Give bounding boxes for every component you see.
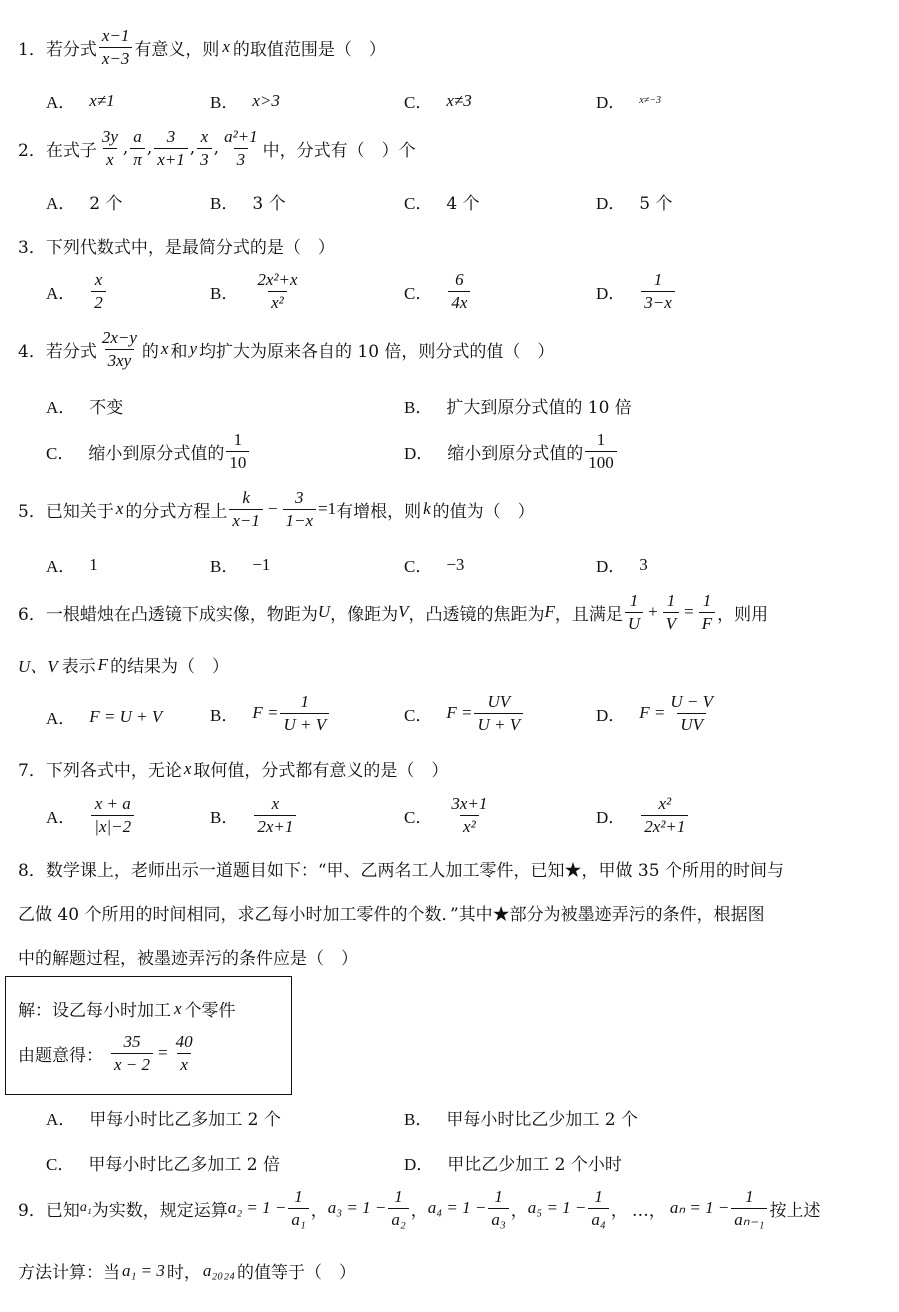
numerator: x [198,127,212,148]
question-6-stem-line1: 6． 一根蜡烛在凸透镜下成实像，物距为 U ，像距为 V ，凸透镜的焦距为 F … [18,591,768,633]
stem-text: 表示 [62,652,96,677]
numerator: 3y [99,127,121,148]
option-1d[interactable]: D．x≠−3 [596,88,661,113]
fraction: 40x [173,1032,196,1074]
denominator: U [625,612,643,634]
numerator: 1 [591,1187,606,1208]
fraction: a²+13 [221,127,261,169]
stem-text: 的值等于（ ） [237,1258,356,1283]
option-4a[interactable]: A．不变 [46,393,123,418]
denominator: x² [460,815,479,837]
fraction: 1V [663,591,679,633]
fraction: 1a₄ [588,1187,608,1229]
stem-text: 若分式 [46,337,97,362]
question-2-stem: 2． 在式子 3yx, aπ, 3x+1, x3, a²+13 中，分式有（ ）… [18,127,416,169]
option-4b[interactable]: B．扩大到原分式值的 10 倍 [404,393,632,418]
option-text: F = U + V [89,707,162,727]
solution-text: 个零件 [185,996,236,1021]
option-label: D． [596,552,625,577]
solution-line2: 由题意得： 35x − 2 = 40x [18,1032,198,1074]
stem-text: 方法计算：当 [18,1258,120,1283]
option-3d[interactable]: D．13−x [596,270,677,312]
separator: ， [611,1196,628,1221]
numerator: 1 [594,430,609,451]
question-number: 4． [18,337,46,362]
fraction: 2x−y3xy [99,328,140,370]
option-6a[interactable]: A．F = U + V [46,704,162,729]
option-text: 2 个 [89,189,122,214]
denominator: a₂ [388,1208,408,1230]
option-label: C． [46,1150,74,1175]
stem-text: 在式子 [46,136,97,161]
stem-text: 的 [142,337,159,362]
option-5c[interactable]: C．−3 [404,552,464,577]
numerator: U − V [667,692,716,713]
stem-text: 有意义，则 [134,35,219,60]
denominator: U + V [474,713,523,735]
stem-text: 中的解题过程，被墨迹弄污的条件应是（ ） [18,944,358,969]
option-label: A． [46,88,75,113]
option-5a[interactable]: A．1 [46,552,98,577]
operator: − [268,499,278,519]
denominator: V [663,612,679,634]
fraction: 1a₁ [288,1187,308,1229]
question-3-stem: 3． 下列代数式中，是最简分式的是（ ） [18,233,335,258]
option-label: B． [210,88,238,113]
option-3c[interactable]: C．64x [404,270,472,312]
stem-text: 的取值范围是（ ） [233,35,386,60]
denominator: F [699,612,715,634]
question-number: 1． [18,35,46,60]
option-text: x>3 [252,91,280,111]
numerator: k [239,488,253,509]
option-1b[interactable]: B．x>3 [210,88,280,113]
stem-text: ，像距为 [330,600,398,625]
numerator: 1 [664,591,679,612]
option-7c[interactable]: C．3x+1x² [404,794,492,836]
variable: y [189,339,197,359]
denominator: 100 [585,451,617,473]
separator: ， [411,1196,428,1221]
option-text: 甲比乙少加工 2 个小时 [447,1150,622,1175]
stem-text: 下列代数式中，是最简分式的是（ ） [46,233,335,258]
option-7a[interactable]: A．x + a|x|−2 [46,794,136,836]
option-label: D． [596,803,625,828]
numerator: 1 [742,1187,757,1208]
stem-text: 均扩大为原来各自的 10 倍，则分式的值（ ） [199,337,554,362]
variable: U [318,602,330,622]
stem-text: 为实数，规定运算 [92,1196,228,1221]
fraction: aπ [130,127,145,169]
stem-text: 一根蜡烛在凸透镜下成实像，物距为 [46,600,318,625]
option-label: A． [46,189,75,214]
option-label: C． [404,701,432,726]
numerator: 1 [491,1187,506,1208]
stem-text: 时， [167,1258,201,1283]
option-2b[interactable]: B．3 个 [210,189,286,214]
stem-text: 数学课上，老师出示一道题目如下：“甲、乙两名工人加工零件，已知★，甲做 35 个… [46,856,784,881]
denominator: U + V [280,713,329,735]
option-label: B． [404,393,432,418]
separator: ， [311,1196,328,1221]
option-1c[interactable]: C．x≠3 [404,88,472,113]
fraction: 1F [699,591,715,633]
fraction: U − VUV [667,692,716,734]
stem-text: 取何值，分式都有意义的是（ ） [193,756,448,781]
fraction: 1aₙ₋₁ [731,1187,767,1229]
option-text: 5 个 [639,189,672,214]
denominator: 1−x [283,509,317,531]
option-7b[interactable]: B．x2x+1 [210,794,298,836]
option-3a[interactable]: A．x2 [46,270,108,312]
option-label: C． [404,552,432,577]
numerator: 1 [651,270,666,291]
fraction: 110 [226,430,249,472]
variable: U、V [18,652,58,677]
question-number: 8． [18,856,46,881]
option-label: C． [404,279,432,304]
stem-text: 若分式 [46,35,97,60]
option-text: 3 [639,555,648,575]
question-7-stem: 7． 下列各式中，无论 x 取何值，分式都有意义的是（ ） [18,756,448,781]
question-number: 5． [18,497,46,522]
fraction: x2x+1 [254,794,296,836]
numerator: x [269,794,283,815]
option-4c[interactable]: C．缩小到原分式值的110 [46,430,251,472]
fraction: 3x+1 [154,127,188,169]
option-label: D． [596,279,625,304]
variable: a₂₀₂₄ [203,1261,235,1281]
numerator: x² [656,794,675,815]
numerator: 6 [452,270,467,291]
option-text: 缩小到原分式值的 [447,439,583,464]
numerator: 3x+1 [448,794,490,815]
separator: ， [511,1196,528,1221]
variable: F [545,602,555,622]
variable: a₁ [80,1200,92,1216]
option-text: 3 个 [252,189,285,214]
numerator: 35 [121,1032,144,1053]
option-text: 甲每小时比乙少加工 2 个 [446,1105,638,1130]
option-label: C． [404,88,432,113]
question-number: 7． [18,756,46,781]
numerator: 1 [231,430,246,451]
numerator: 2x−y [99,328,140,349]
option-7d[interactable]: D．x²2x²+1 [596,794,690,836]
question-9-stem-line2: 方法计算：当 a₁ = 3 时， a₂₀₂₄ 的值等于（ ） [18,1258,356,1283]
fraction: 2x²+xx² [254,270,300,312]
question-8-stem-line3: 中的解题过程，被墨迹弄污的条件应是（ ） [18,944,358,969]
fraction: 3yx [99,127,121,169]
option-label: A． [46,279,75,304]
numerator: x + a [92,794,134,815]
denominator: aₙ₋₁ [731,1208,767,1230]
stem-text: ，则用 [717,600,768,625]
denominator: 2x+1 [254,815,296,837]
variable: x [174,999,182,1019]
option-label: B． [210,189,238,214]
numerator: 1 [627,591,642,612]
denominator: 2x²+1 [641,815,688,837]
denominator: x − 2 [111,1053,153,1075]
option-label: A． [46,704,75,729]
denominator: UV [677,713,706,735]
denominator: 3−x [641,291,675,313]
solution-text: 解：设乙每小时加工 [18,996,171,1021]
fraction: UVU + V [474,692,523,734]
option-2d[interactable]: D．5 个 [596,189,673,214]
denominator: a₁ [288,1208,308,1230]
option-5d[interactable]: D．3 [596,552,648,577]
fraction: x + a|x|−2 [91,794,134,836]
stem-text: 和 [170,337,187,362]
variable: x [222,37,230,57]
option-text: 缩小到原分式值的 [88,439,224,464]
option-5b[interactable]: B．−1 [210,552,270,577]
denominator: x−1 [229,509,263,531]
denominator: π [130,148,145,170]
option-label: D． [404,439,433,464]
condition: a₁ = 3 [122,1261,165,1281]
question-6-stem-line2: U、V 表示 F 的结果为（ ） [18,652,229,677]
option-label: C． [404,803,432,828]
fraction: 1100 [585,430,617,472]
fraction: 1U + V [280,692,329,734]
option-lhs: F = [639,703,665,723]
question-number: 9． [18,1196,46,1221]
variable: k [423,499,431,519]
option-label: C． [404,189,432,214]
fraction: 1a₃ [488,1187,508,1229]
denominator: 3 [234,148,249,170]
option-2a[interactable]: A．2 个 [46,189,123,214]
numerator: 1 [391,1187,406,1208]
question-number: 3． [18,233,46,258]
option-8d[interactable]: D．甲比乙少加工 2 个小时 [404,1150,622,1175]
stem-text: 的分式方程上 [125,497,227,522]
solution-line1: 解：设乙每小时加工 x 个零件 [18,996,236,1021]
option-text: −1 [252,555,270,575]
variable: x [161,339,169,359]
fraction: x−1x−3 [99,26,133,68]
stem-text: 有增根，则 [336,497,421,522]
numerator: 1 [291,1187,306,1208]
option-label: A． [46,803,75,828]
fraction: 31−x [283,488,317,530]
numerator: 40 [173,1032,196,1053]
question-4-stem: 4． 若分式 2x−y3xy 的 x 和 y 均扩大为原来各自的 10 倍，则分… [18,328,554,370]
numerator: 1 [298,692,313,713]
denominator: 2 [91,291,106,313]
option-label: A． [46,1105,75,1130]
fraction: x3 [197,127,212,169]
option-6c[interactable]: C．F =UVU + V [404,692,525,734]
variable: F [98,655,108,675]
stem-text: ，凸透镜的焦距为 [409,600,545,625]
stem-text: 按上述 [769,1196,820,1221]
numerator: 3 [292,488,307,509]
denominator: x [103,148,117,170]
denominator: x [177,1053,191,1075]
question-9-stem-line1: 9． 已知 a₁ 为实数，规定运算 a₂ = 1 −1a₁， a₃ = 1 −1… [18,1187,820,1229]
operation-lhs: a₄ = 1 − [428,1198,487,1218]
option-2c[interactable]: C．4 个 [404,189,480,214]
option-text: 甲每小时比乙多加工 2 倍 [88,1150,280,1175]
stem-text: 的结果为（ ） [110,652,229,677]
denominator: x+1 [154,148,188,170]
operation-lhs: a₂ = 1 − [228,1198,287,1218]
ellipsis: …， [632,1196,666,1221]
option-text: 不变 [89,393,123,418]
numerator: UV [484,692,513,713]
option-label: B． [210,803,238,828]
operator: = [158,1043,168,1063]
numerator: x [92,270,106,291]
question-number: 6． [18,600,46,625]
operation-lhs: a₃ = 1 − [328,1198,387,1218]
option-text: 4 个 [446,189,479,214]
question-1-stem: 1． 若分式 x−1x−3 有意义，则 x 的取值范围是（ ） [18,26,386,68]
fraction: 1a₂ [388,1187,408,1229]
variable: x [184,759,192,779]
option-4d[interactable]: D．缩小到原分式值的1100 [404,430,619,472]
fraction: 13−x [641,270,675,312]
option-text: x≠−3 [639,95,661,106]
option-label: B． [210,701,238,726]
fraction: kx−1 [229,488,263,530]
option-1a[interactable]: A．x≠1 [46,88,115,113]
solution-text: 由题意得： [18,1041,103,1066]
operation-lhs: a₅ = 1 − [528,1198,587,1218]
denominator: 3xy [105,349,135,371]
stem-text: 下列各式中，无论 [46,756,182,781]
option-text: x≠3 [446,91,471,111]
variable: V [398,602,408,622]
fraction: 1U [625,591,643,633]
option-text: x≠1 [89,91,114,111]
fraction: 3x+1x² [448,794,490,836]
option-label: B． [404,1105,432,1130]
stem-text: 已知 [46,1196,80,1221]
option-lhs: F = [446,703,472,723]
option-label: B． [210,552,238,577]
fraction: 35x − 2 [111,1032,153,1074]
option-label: C． [46,439,74,464]
option-text: 1 [89,555,98,575]
question-5-stem: 5． 已知关于 x 的分式方程上 kx−1 − 31−x =1 有增根，则 k … [18,488,535,530]
question-8-stem-line1: 8． 数学课上，老师出示一道题目如下：“甲、乙两名工人加工零件，已知★，甲做 3… [18,856,784,881]
option-8c[interactable]: C．甲每小时比乙多加工 2 倍 [46,1150,280,1175]
numerator: 3 [164,127,179,148]
stem-text: 中，分式有（ ）个 [263,136,416,161]
option-label: A． [46,552,75,577]
denominator: a₄ [588,1208,608,1230]
numerator: a²+1 [221,127,261,148]
option-8a[interactable]: A．甲每小时比乙多加工 2 个 [46,1105,281,1130]
equation-rhs: =1 [318,499,336,519]
option-text: 扩大到原分式值的 10 倍 [446,393,631,418]
denominator: x² [268,291,287,313]
option-6b[interactable]: B．F =1U + V [210,692,331,734]
denominator: 4x [448,291,470,313]
fraction: x²2x²+1 [641,794,688,836]
stem-text: 乙做 40 个所用的时间相同，求乙每小时加工零件的个数．”其中★部分为被墨迹弄污… [18,900,765,925]
option-label: D． [596,701,625,726]
numerator: 2x²+x [254,270,300,291]
numerator: x−1 [99,26,133,47]
option-6d[interactable]: D．F =U − VUV [596,692,718,734]
denominator: x−3 [99,47,133,69]
option-text: 甲每小时比乙多加工 2 个 [89,1105,281,1130]
option-label: D． [404,1150,433,1175]
option-label: D． [596,88,625,113]
option-lhs: F = [252,703,278,723]
option-text: −3 [446,555,464,575]
fraction: 64x [448,270,470,312]
option-label: D． [596,189,625,214]
option-label: A． [46,393,75,418]
stem-text: 的值为（ ） [433,497,535,522]
denominator: 10 [226,451,249,473]
variable: x [116,499,124,519]
stem-text: 已知关于 [46,497,114,522]
denominator: 3 [197,148,212,170]
question-8-stem-line2: 乙做 40 个所用的时间相同，求乙每小时加工零件的个数．”其中★部分为被墨迹弄污… [18,900,765,925]
option-8b[interactable]: B．甲每小时比乙少加工 2 个 [404,1105,638,1130]
option-3b[interactable]: B．2x²+xx² [210,270,303,312]
numerator: a [130,127,145,148]
option-label: B． [210,279,238,304]
question-number: 2． [18,136,46,161]
denominator: |x|−2 [91,815,134,837]
stem-text: ，且满足 [555,600,623,625]
fraction: x2 [91,270,106,312]
numerator: 1 [700,591,715,612]
denominator: a₃ [488,1208,508,1230]
operation-lhs: aₙ = 1 − [670,1198,729,1218]
